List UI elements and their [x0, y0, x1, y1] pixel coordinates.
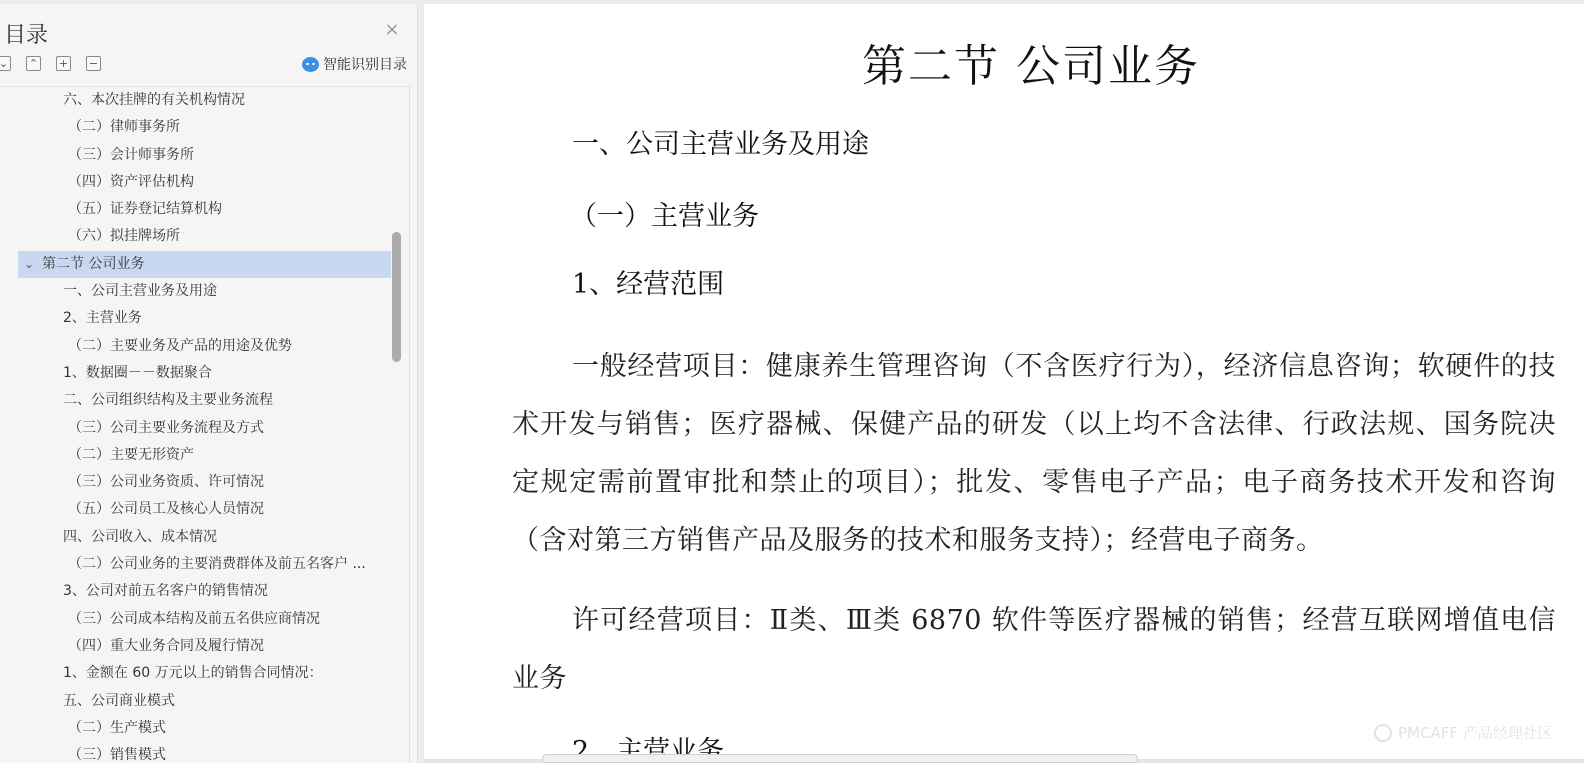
toc-item[interactable]: （三）公司主要业务流程及方式: [18, 415, 391, 442]
toc-item[interactable]: 1、数据圈－－数据聚合: [18, 360, 391, 387]
robot-icon: [302, 57, 319, 72]
toc-item[interactable]: 五、公司商业模式: [18, 688, 391, 715]
heading-level-3: 1、经营范围: [572, 262, 724, 301]
smart-toc-label: 智能识别目录: [323, 54, 407, 74]
watermark-text: PMCAFF 产品经理社区: [1398, 722, 1553, 743]
toc-title: 目录: [4, 18, 48, 49]
toc-item[interactable]: 一、公司主营业务及用途: [18, 278, 391, 305]
toc-item[interactable]: （四）资产评估机构: [18, 169, 391, 196]
toc-tree: 六、本次挂牌的有关机构情况 （二）律师事务所 （三）会计师事务所 （四）资产评估…: [0, 86, 410, 763]
chevron-down-icon[interactable]: ⌄: [24, 251, 42, 278]
toc-item[interactable]: 1、金额在 60 万元以上的销售合同情况：: [18, 660, 391, 687]
heading-level-2: （一）主营业务: [570, 194, 759, 233]
toc-sidebar: 目录 × ⌄ ⌃ + − 智能识别目录 六、本次挂牌的有关机构情况 （二）律师事…: [0, 4, 418, 763]
horizontal-scrollbar[interactable]: [542, 754, 1138, 763]
toc-item[interactable]: 2、主营业务: [18, 305, 391, 332]
toc-item[interactable]: 3、公司对前五名客户的销售情况: [18, 578, 391, 605]
increase-level-button[interactable]: +: [56, 56, 71, 71]
toc-list: 六、本次挂牌的有关机构情况 （二）律师事务所 （三）会计师事务所 （四）资产评估…: [18, 87, 391, 763]
chevron-up-icon: ⌃: [29, 58, 38, 69]
document-page: 第二节 公司业务 一、公司主营业务及用途 （一）主营业务 1、经营范围 一般经营…: [424, 4, 1584, 763]
toc-item[interactable]: （二）生产模式: [18, 715, 391, 742]
toc-item[interactable]: （三）销售模式: [18, 742, 391, 763]
toc-toolbar: ⌄ ⌃ + −: [0, 56, 116, 74]
toc-item[interactable]: （二）主要无形资产: [18, 442, 391, 469]
toc-scrollbar[interactable]: [392, 232, 401, 362]
watermark: PMCAFF 产品经理社区: [1374, 722, 1553, 743]
toc-item[interactable]: （五）证券登记结算机构: [18, 196, 391, 223]
toc-item[interactable]: 六、本次挂牌的有关机构情况: [18, 87, 391, 114]
chevron-down-icon: ⌄: [0, 58, 8, 69]
toc-item[interactable]: （二）主要业务及产品的用途及优势: [18, 333, 391, 360]
toc-item[interactable]: （三）会计师事务所: [18, 142, 391, 169]
collapse-all-button[interactable]: ⌃: [26, 56, 41, 71]
heading-level-1: 一、公司主营业务及用途: [572, 122, 869, 161]
plus-icon: +: [59, 58, 68, 69]
document-viewer: 第二节 公司业务 一、公司主营业务及用途 （一）主营业务 1、经营范围 一般经营…: [418, 4, 1584, 763]
toc-item[interactable]: （二）律师事务所: [18, 114, 391, 141]
toc-item[interactable]: （六）拟挂牌场所: [18, 223, 391, 250]
business-scope-paragraph: 一般经营项目：健康养生管理咨询（不含医疗行为），经济信息咨询；软硬件的技术开发与…: [512, 338, 1556, 570]
minus-icon: −: [89, 58, 98, 69]
pmcaff-logo-icon: [1374, 724, 1392, 742]
toc-item[interactable]: （三）公司成本结构及前五名供应商情况: [18, 606, 391, 633]
section-title: 第二节 公司业务: [862, 30, 1200, 94]
toc-item[interactable]: 四、公司收入、成本情况: [18, 524, 391, 551]
close-icon[interactable]: ×: [384, 22, 400, 38]
toc-item-label: 第二节 公司业务: [42, 256, 144, 272]
smart-toc-button[interactable]: 智能识别目录: [302, 54, 407, 74]
toc-item[interactable]: 二、公司组织结构及主要业务流程: [18, 387, 391, 414]
toc-item[interactable]: （五）公司员工及核心人员情况: [18, 496, 391, 523]
toc-item-selected[interactable]: ⌄第二节 公司业务: [18, 251, 391, 278]
toc-item[interactable]: （四）重大业务合同及履行情况: [18, 633, 391, 660]
licensed-items-paragraph: 许可经营项目：Ⅱ类、Ⅲ类 6870 软件等医疗器械的销售；经营互联网增值电信业务: [512, 592, 1556, 708]
toc-item[interactable]: （二）公司业务的主要消费群体及前五名客户 ...: [18, 551, 391, 578]
decrease-level-button[interactable]: −: [86, 56, 101, 71]
expand-all-button[interactable]: ⌄: [0, 56, 11, 71]
toc-item[interactable]: （三）公司业务资质、许可情况: [18, 469, 391, 496]
